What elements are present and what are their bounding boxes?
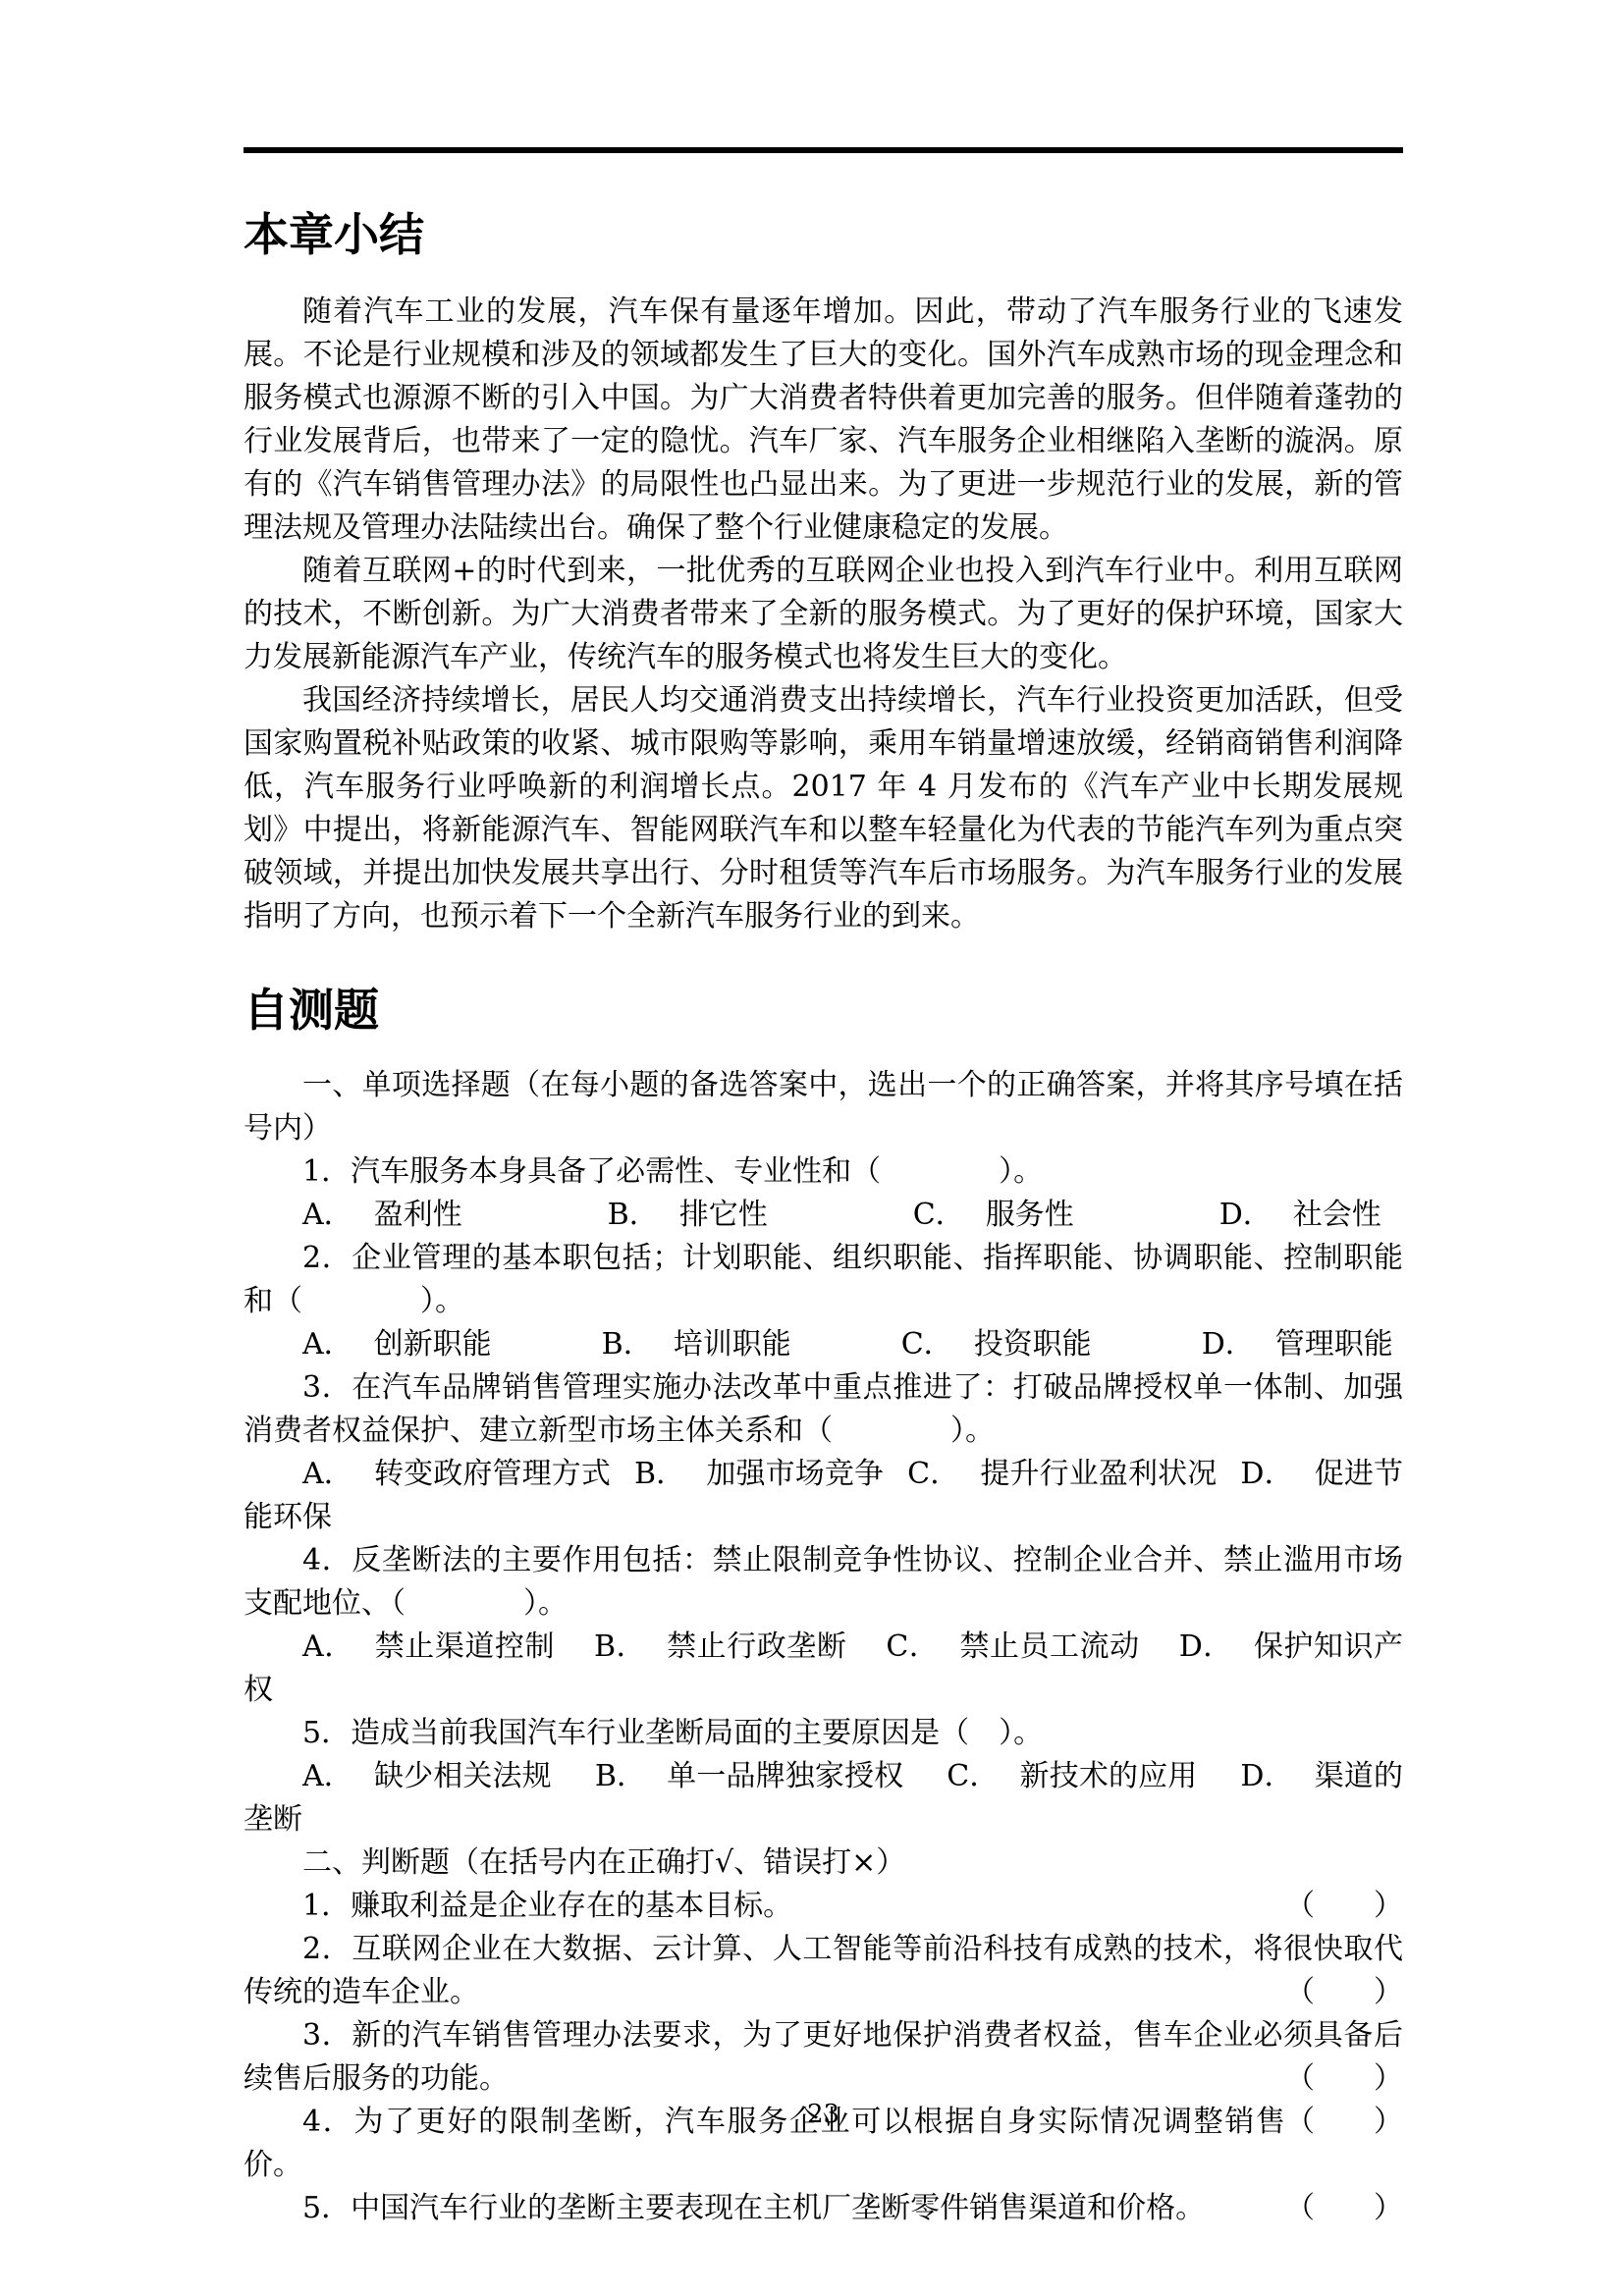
option-label: 管理职能 xyxy=(1275,1327,1393,1362)
question-text: 1．汽车服务本身具备了必需性、专业性和（ ）。 xyxy=(244,1150,1403,1194)
page-content: 本章小结 随着汽车工业的发展，汽车保有量逐年增加。因此，带动了汽车服务行业的飞速… xyxy=(244,0,1403,2230)
option-letter: A． xyxy=(302,1457,353,1491)
single-choice-question-5: 5．造成当前我国汽车行业垄断局面的主要原因是（ ）。 A．缺少相关法规B．单一品… xyxy=(244,1712,1403,1842)
option-label: 服务性 xyxy=(986,1198,1074,1232)
option-letter: D． xyxy=(1179,1629,1233,1664)
single-choice-question-2: 2．企业管理的基本职包括；计划职能、组织职能、指挥职能、协调职能、控制职能和（ … xyxy=(244,1237,1403,1366)
option-letter: C． xyxy=(886,1629,939,1664)
option-b: B．禁止行政垄断 xyxy=(594,1629,846,1664)
option-letter: C． xyxy=(913,1198,965,1232)
option-b: B．单一品牌独家授权 xyxy=(595,1759,903,1793)
option-letter: A． xyxy=(302,1629,354,1664)
option-a: A．转变政府管理方式 xyxy=(302,1457,611,1491)
option-letter: D． xyxy=(1240,1759,1293,1793)
option-label: 加强市场竞争 xyxy=(706,1457,884,1491)
option-label: 缺少相关法规 xyxy=(374,1759,552,1793)
option-label: 转变政府管理方式 xyxy=(374,1457,611,1491)
judgement-question-3: 3．新的汽车销售管理办法要求，为了更好地保护消费者权益，售车企业必须具备后续售后… xyxy=(244,2014,1403,2101)
option-letter: D． xyxy=(1202,1327,1255,1362)
options-row: A．转变政府管理方式B．加强市场竞争C．提升行业盈利状况D．促进节能环保 xyxy=(244,1453,1403,1539)
option-b: B．培训职能 xyxy=(602,1327,791,1362)
answer-bracket: （ ） xyxy=(1285,1971,1403,2014)
option-letter: C． xyxy=(901,1327,953,1362)
single-choice-question-4: 4．反垄断法的主要作用包括：禁止限制竞争性协议、控制企业合并、禁止滥用市场支配地… xyxy=(244,1539,1403,1712)
summary-paragraph-3: 我国经济持续增长，居民人均交通消费支出持续增长，汽车行业投资更加活跃，但受国家购… xyxy=(244,679,1403,938)
single-choice-question-1: 1．汽车服务本身具备了必需性、专业性和（ ）。 A．盈利性B．排它性C．服务性D… xyxy=(244,1150,1403,1237)
question-text: 4．反垄断法的主要作用包括：禁止限制竞争性协议、控制企业合并、禁止滥用市场支配地… xyxy=(244,1539,1403,1626)
option-label: 投资职能 xyxy=(974,1327,1092,1362)
option-label: 社会性 xyxy=(1293,1198,1381,1232)
option-d: D．管理职能 xyxy=(1202,1327,1393,1362)
options-row: A．盈利性B．排它性C．服务性D．社会性 xyxy=(244,1194,1403,1237)
question-text: 5．中国汽车行业的垄断主要表现在主机厂垄断零件销售渠道和价格。 xyxy=(302,2191,1205,2225)
single-choice-question-3: 3．在汽车品牌销售管理实施办法改革中重点推进了：打破品牌授权单一体制、加强消费者… xyxy=(244,1366,1403,1539)
question-text: 3．在汽车品牌销售管理实施办法改革中重点推进了：打破品牌授权单一体制、加强消费者… xyxy=(244,1366,1403,1453)
question-text: 3．新的汽车销售管理办法要求，为了更好地保护消费者权益，售车企业必须具备后续售后… xyxy=(244,2018,1403,2096)
option-b: B．加强市场竞争 xyxy=(634,1457,884,1491)
summary-paragraph-1: 随着汽车工业的发展，汽车保有量逐年增加。因此，带动了汽车服务行业的飞速发展。不论… xyxy=(244,291,1403,550)
document-page: 本章小结 随着汽车工业的发展，汽车保有量逐年增加。因此，带动了汽车服务行业的飞速… xyxy=(0,0,1624,2296)
option-c: C．新技术的应用 xyxy=(947,1759,1197,1793)
option-d: D．社会性 xyxy=(1219,1198,1381,1232)
option-c: C．服务性 xyxy=(913,1198,1074,1232)
summary-paragraph-2: 随着互联网+的时代到来，一批优秀的互联网企业也投入到汽车行业中。利用互联网的技术… xyxy=(244,550,1403,679)
single-choice-intro: 一、单项选择题（在每小题的备选答案中，选出一个的正确答案，并将其序号填在括号内） xyxy=(244,1064,1403,1150)
option-letter: B． xyxy=(602,1327,653,1362)
option-letter: C． xyxy=(907,1457,959,1491)
option-label: 禁止员工流动 xyxy=(959,1629,1139,1664)
option-letter: D． xyxy=(1219,1198,1272,1232)
options-row: A．禁止渠道控制B．禁止行政垄断C．禁止员工流动D．保护知识产权 xyxy=(244,1626,1403,1712)
option-a: A．缺少相关法规 xyxy=(302,1759,552,1793)
option-c: C．提升行业盈利状况 xyxy=(907,1457,1217,1491)
option-a: A．创新职能 xyxy=(302,1327,492,1362)
option-label: 盈利性 xyxy=(374,1198,462,1232)
option-label: 培训职能 xyxy=(674,1327,791,1362)
judgement-question-1: （ ）1．赚取利益是企业存在的基本目标。 xyxy=(244,1885,1403,1928)
option-label: 禁止渠道控制 xyxy=(375,1629,555,1664)
self-test-heading: 自测题 xyxy=(244,984,1403,1037)
option-c: C．禁止员工流动 xyxy=(886,1629,1139,1664)
option-letter: B． xyxy=(594,1629,646,1664)
judgement-question-2: 2．互联网企业在大数据、云计算、人工智能等前沿科技有成熟的技术，将很快取代传统的… xyxy=(244,1928,1403,2014)
chapter-summary-heading: 本章小结 xyxy=(244,208,1403,261)
option-c: C．投资职能 xyxy=(901,1327,1092,1362)
options-row: A．创新职能B．培训职能C．投资职能D．管理职能 xyxy=(244,1323,1403,1366)
answer-bracket: （ ） xyxy=(1285,1885,1403,1928)
option-letter: A． xyxy=(302,1198,353,1232)
judgement-question-5: （ ）5．中国汽车行业的垄断主要表现在主机厂垄断零件销售渠道和价格。 xyxy=(244,2187,1403,2230)
answer-bracket: （ ） xyxy=(1285,2057,1403,2101)
option-letter: A． xyxy=(302,1759,353,1793)
option-letter: B． xyxy=(634,1457,685,1491)
answer-bracket: （ ） xyxy=(1285,2187,1403,2230)
option-label: 提升行业盈利状况 xyxy=(980,1457,1217,1491)
option-label: 禁止行政垄断 xyxy=(667,1629,846,1664)
option-label: 创新职能 xyxy=(374,1327,492,1362)
option-letter: B． xyxy=(595,1759,646,1793)
question-text: 2．互联网企业在大数据、云计算、人工智能等前沿科技有成熟的技术，将很快取代传统的… xyxy=(244,1932,1403,2009)
question-text: 1．赚取利益是企业存在的基本目标。 xyxy=(302,1889,792,1923)
option-a: A．盈利性 xyxy=(302,1198,462,1232)
option-b: B．排它性 xyxy=(608,1198,768,1232)
option-label: 单一品牌独家授权 xyxy=(667,1759,903,1793)
option-letter: C． xyxy=(947,1759,999,1793)
judgement-intro: 二、判断题（在括号内在正确打√、错误打×） xyxy=(244,1842,1403,1885)
option-label: 排它性 xyxy=(679,1198,768,1232)
page-number: 23 xyxy=(244,2099,1403,2130)
question-text: 2．企业管理的基本职包括；计划职能、组织职能、指挥职能、协调职能、控制职能和（ … xyxy=(244,1237,1403,1323)
option-letter: D． xyxy=(1240,1457,1293,1491)
option-a: A．禁止渠道控制 xyxy=(302,1629,555,1664)
option-letter: B． xyxy=(608,1198,659,1232)
options-row: A．缺少相关法规B．单一品牌独家授权C．新技术的应用D．渠道的垄断 xyxy=(244,1755,1403,1842)
question-text: 5．造成当前我国汽车行业垄断局面的主要原因是（ ）。 xyxy=(244,1712,1403,1755)
option-label: 新技术的应用 xyxy=(1020,1759,1198,1793)
option-letter: A． xyxy=(302,1327,353,1362)
